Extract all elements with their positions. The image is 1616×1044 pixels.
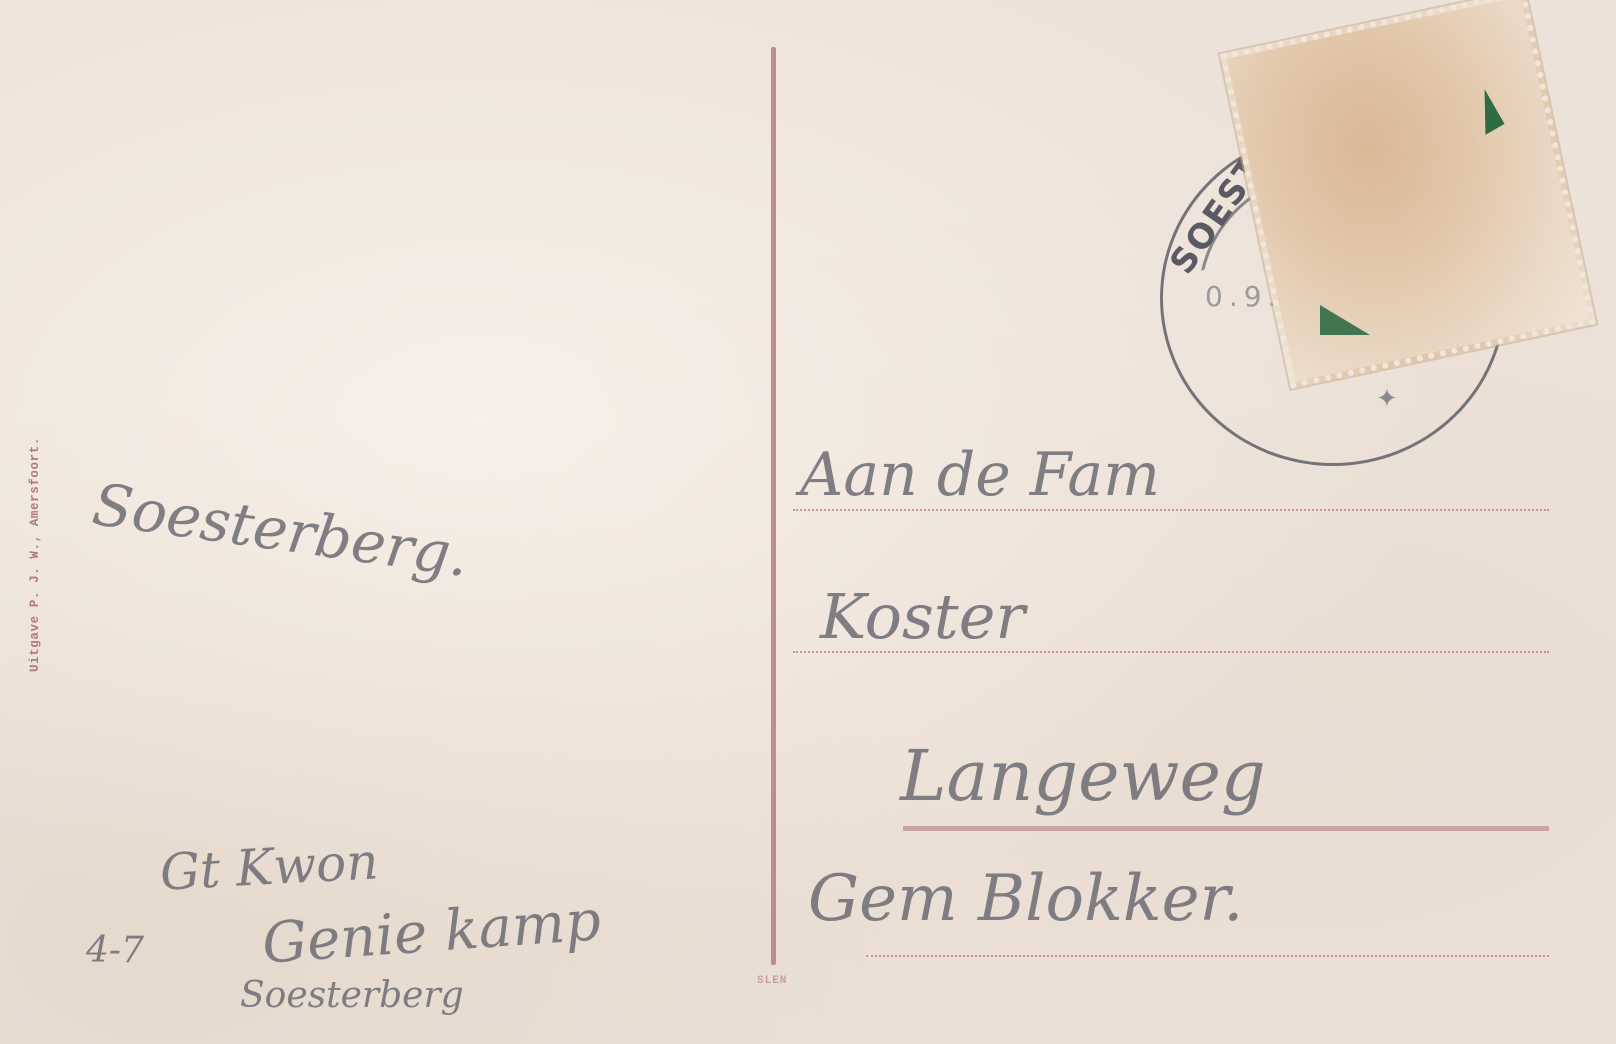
address-line-4-rule xyxy=(866,955,1549,957)
signature-date: 4-7 xyxy=(86,930,144,971)
center-divider-line xyxy=(771,47,776,965)
printer-mark: SLEN xyxy=(757,975,787,987)
publisher-imprint: Uitgave P. J. W., Amersfoort. xyxy=(28,437,42,672)
address-street: Langeweg xyxy=(900,735,1266,817)
place-heading: Soesterberg. xyxy=(89,470,474,590)
address-name: Koster xyxy=(820,580,1025,653)
address-recipient: Aan de Fam xyxy=(800,440,1160,510)
postcard-back: Uitgave P. J. W., Amersfoort. SLEN Soest… xyxy=(0,0,1616,1044)
signature-name: Gt Kwon xyxy=(159,832,380,901)
postmark-star-icon: ✦ xyxy=(1376,384,1398,414)
address-town: Gem Blokker. xyxy=(808,862,1243,936)
signature-town: Soesterberg xyxy=(240,975,464,1016)
address-line-3-rule xyxy=(903,826,1549,831)
signature-camp: Genie kamp xyxy=(260,888,603,976)
stamp-fragment-bottom-left xyxy=(1320,305,1370,335)
